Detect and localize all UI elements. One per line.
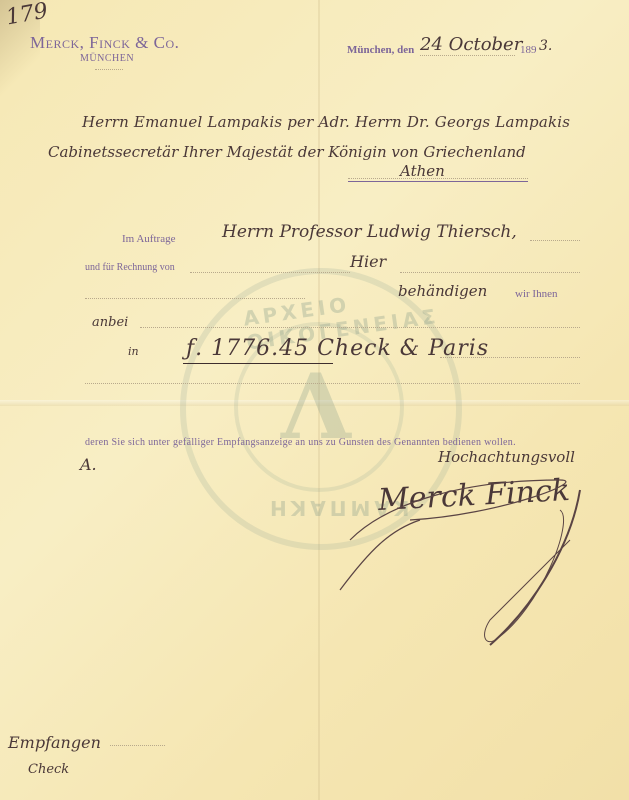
verb-behaendigen: behändigen xyxy=(398,282,487,300)
im-auftrage-value: Herrn Professor Ludwig Thiersch, xyxy=(222,222,517,242)
letterhead-ornament xyxy=(95,69,123,70)
amount-underline xyxy=(183,363,333,364)
date-dotted-line xyxy=(420,55,515,56)
anbei-text: anbei xyxy=(92,315,128,330)
date-year-suffix: 3. xyxy=(539,38,552,54)
blank-dotted-line-2 xyxy=(85,383,580,384)
addressee-line-1: Herrn Emanuel Lampakis per Adr. Herrn Dr… xyxy=(82,113,570,131)
wir-ihnen-label: wir Ihnen xyxy=(515,288,557,300)
footer-note-line-1: Empfangen xyxy=(8,733,101,752)
amount-dotted-line xyxy=(440,357,580,358)
addressee-dotted-line xyxy=(348,178,528,179)
addressee-line-2: Cabinetssecretär Ihrer Majestät der Köni… xyxy=(48,143,526,161)
footer-note-line-2: Check xyxy=(28,762,69,777)
rechnung-dotted-line-b xyxy=(400,272,580,273)
date-day-month: 24 October xyxy=(420,34,522,55)
im-auftrage-dotted-line xyxy=(530,240,580,241)
im-auftrage-label: Im Auftrage xyxy=(122,233,175,245)
addressee-underline xyxy=(348,181,528,182)
date-year-prefix: 189 xyxy=(520,44,537,56)
signature-flourish xyxy=(330,440,629,660)
rechnung-dotted-line-a xyxy=(190,272,350,273)
initial-mark: A. xyxy=(80,455,97,474)
archive-number: 179 xyxy=(4,0,50,30)
footer-note-dotted-line xyxy=(110,745,165,746)
rechnung-value: Hier xyxy=(350,252,386,271)
date-place-label: München, den xyxy=(347,44,414,56)
blank-dotted-line xyxy=(85,298,305,299)
letterhead-company: Merck, Finck & Co. xyxy=(30,33,179,53)
amount-prefix: in xyxy=(128,345,139,358)
anbei-dotted-line xyxy=(140,327,580,328)
rechnung-label: und für Rechnung von xyxy=(85,262,175,273)
letterhead-city: München xyxy=(80,53,134,64)
